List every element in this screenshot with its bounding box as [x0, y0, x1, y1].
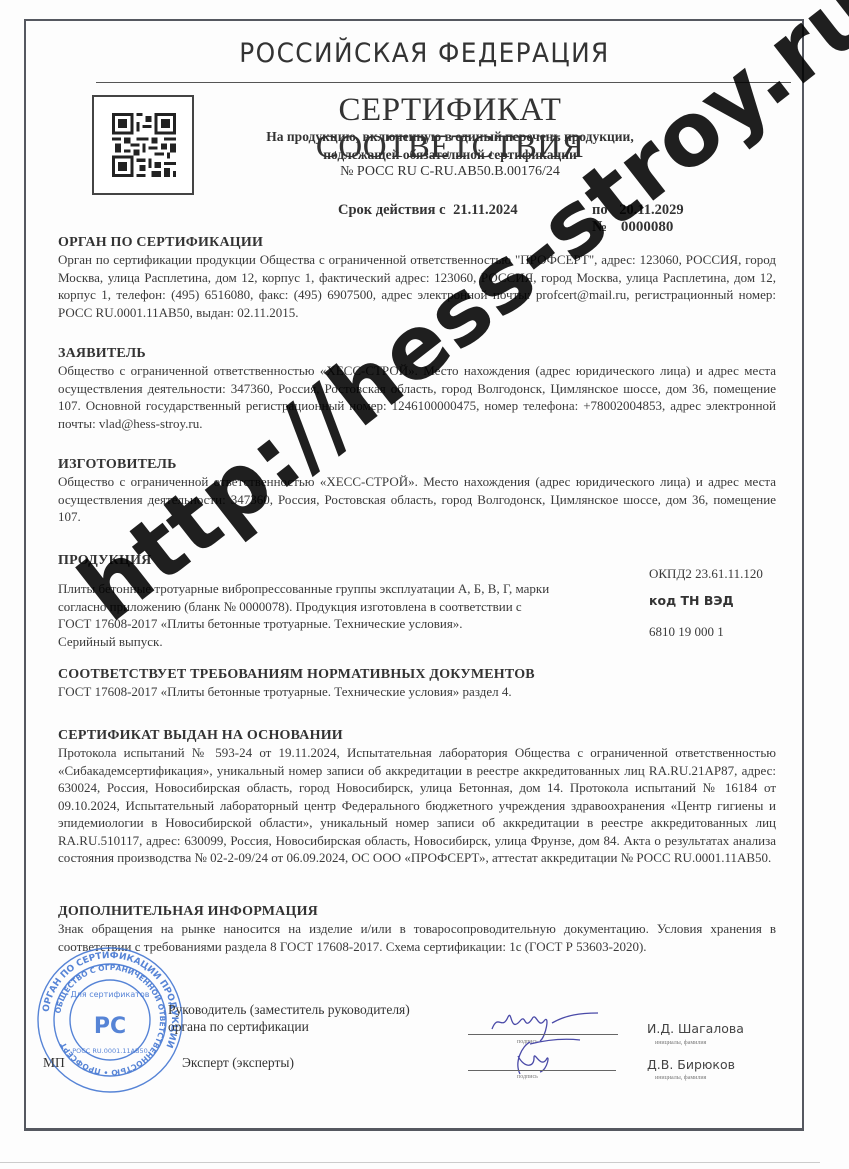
section-applicant: ЗАЯВИТЕЛЬ Общество с ограниченной ответс… — [58, 346, 776, 432]
section-heading: ЗАЯВИТЕЛЬ — [58, 346, 776, 362]
page-edge — [0, 1162, 820, 1163]
expert-label: Эксперт (эксперты) — [182, 1054, 294, 1071]
qr-code — [92, 95, 194, 195]
section-basis: СЕРТИФИКАТ ВЫДАН НА ОСНОВАНИИ Протокола … — [58, 728, 776, 867]
head-signer-label-line-2: органа по сертификации — [168, 1018, 410, 1035]
blank-number-label: № — [592, 219, 607, 235]
stamp-for-docs: Для сертификатов — [70, 990, 149, 999]
blank-number-value: 0000080 — [621, 219, 674, 235]
section-text: Протокола испытаний № 593-24 от 19.11.20… — [58, 744, 776, 867]
head-signature — [480, 1003, 600, 1043]
country-title: РОССИЙСКАЯ ФЕДЕРАЦИЯ — [34, 38, 815, 69]
section-heading: СООТВЕТСТВУЕТ ТРЕБОВАНИЯМ НОРМАТИВНЫХ ДО… — [58, 667, 776, 683]
header-divider — [96, 82, 791, 83]
head-signature-line — [468, 1034, 618, 1035]
validity-to: по 20.11.2029 — [592, 202, 684, 219]
blank-number: № 0000080 — [592, 219, 673, 236]
validity-to-date: 20.11.2029 — [619, 202, 683, 218]
product-line: Серийный выпуск. — [58, 633, 603, 651]
tn-ved-label: код ТН ВЭД — [649, 593, 734, 608]
okpd2-code: ОКПД2 23.61.11.120 — [649, 566, 763, 582]
section-text: Орган по сертификации продукции Общества… — [58, 251, 776, 321]
head-name: И.Д. Шагалова — [647, 1021, 744, 1036]
expert-signature-line — [468, 1070, 616, 1071]
section-heading: СЕРТИФИКАТ ВЫДАН НА ОСНОВАНИИ — [58, 728, 776, 744]
qr-code-icon — [112, 113, 176, 177]
subtitle-line-2: подлежащей обязательной сертификации — [210, 146, 690, 164]
expert-signature — [500, 1038, 590, 1078]
section-text: Общество с ограниченной ответственностью… — [58, 362, 776, 432]
validity-from-date: 21.11.2024 — [453, 202, 517, 218]
section-compliance: СООТВЕТСТВУЕТ ТРЕБОВАНИЯМ НОРМАТИВНЫХ ДО… — [58, 667, 776, 701]
product-description: Плиты бетонные тротуарные вибропрессован… — [58, 580, 603, 650]
section-text: ГОСТ 17608-2017 «Плиты бетонные тротуарн… — [58, 683, 776, 701]
head-signer-label: Руководитель (заместитель руководителя) … — [168, 1001, 410, 1035]
product-line: ГОСТ 17608-2017 «Плиты бетонные тротуарн… — [58, 615, 603, 633]
tn-ved-code: 6810 19 000 1 — [649, 624, 724, 640]
stamp-reg-number: РОСС RU.0001.11АВ50 — [72, 1047, 148, 1055]
stamp-rs-logo: PC — [94, 1014, 126, 1039]
validity-to-label: по — [592, 202, 608, 218]
certificate-number: № РОСС RU C-RU.AB50.B.00176/24 — [210, 164, 690, 180]
product-line: Плиты бетонные тротуарные вибропрессован… — [58, 580, 603, 598]
product-line: согласно приложению (бланк № 0000078). П… — [58, 598, 603, 616]
subtitle-line-1: На продукцию, включенную в единый перече… — [210, 128, 690, 146]
section-text: Общество с ограниченной ответственностью… — [58, 473, 776, 526]
validity-from: Срок действия с 21.11.2024 — [338, 202, 518, 219]
validity-from-label: Срок действия с — [338, 202, 446, 218]
certification-stamp: ОРГАН ПО СЕРТИФИКАЦИИ ПРОДУКЦИИ ОБЩЕСТВО… — [35, 945, 185, 1095]
expert-name-caption: инициалы, фамилия — [655, 1075, 706, 1081]
expert-name: Д.В. Бирюков — [647, 1057, 735, 1072]
head-signer-label-line-1: Руководитель (заместитель руководителя) — [168, 1001, 410, 1018]
section-heading: ОРГАН ПО СЕРТИФИКАЦИИ — [58, 235, 776, 251]
head-name-caption: инициалы, фамилия — [655, 1040, 706, 1046]
expert-signature-caption: подпись — [517, 1074, 538, 1080]
stamp-place-label: МП — [43, 1054, 65, 1071]
certificate-subtitle: На продукцию, включенную в единый перече… — [210, 128, 690, 164]
section-manufacturer: ИЗГОТОВИТЕЛЬ Общество с ограниченной отв… — [58, 457, 776, 526]
section-certification-body: ОРГАН ПО СЕРТИФИКАЦИИ Орган по сертифика… — [58, 235, 776, 321]
section-heading: ДОПОЛНИТЕЛЬНАЯ ИНФОРМАЦИЯ — [58, 904, 776, 920]
section-heading: ИЗГОТОВИТЕЛЬ — [58, 457, 776, 473]
